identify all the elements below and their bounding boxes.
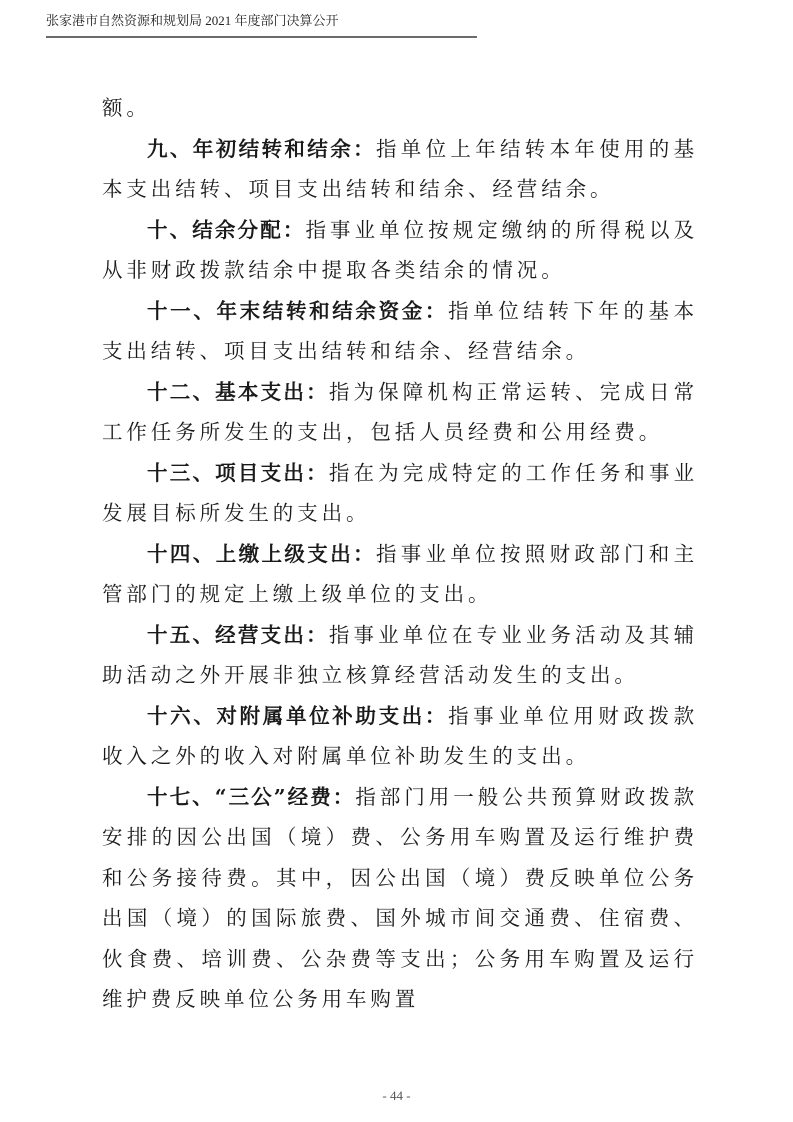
definition-term: 十四、上缴上级支出： xyxy=(147,542,376,566)
page-number: - 44 - xyxy=(0,1088,793,1104)
definition-item-14: 十四、上缴上级支出：指事业单位按照财政部门和主管部门的规定上缴上级单位的支出。 xyxy=(102,534,698,615)
definition-term: 十七、“三公”经费： xyxy=(147,785,355,809)
definition-term: 十一、年末结转和结余资金： xyxy=(147,299,448,323)
definition-item-17: 十七、“三公”经费：指部门用一般公共预算财政拨款安排的因公出国（境）费、公务用车… xyxy=(102,777,698,1020)
definition-term: 十二、基本支出： xyxy=(147,380,329,404)
definition-term: 十五、经营支出： xyxy=(147,623,329,647)
document-body: 额。 九、年初结转和结余：指单位上年结转本年使用的基本支出结转、项目支出结转和结… xyxy=(102,88,698,1020)
continuation-text: 额。 xyxy=(102,88,698,129)
definition-term: 十六、对附属单位补助支出： xyxy=(147,704,448,728)
page-header: 张家港市自然资源和规划局 2021 年度部门决算公开 xyxy=(46,10,478,29)
definition-item-11: 十一、年末结转和结余资金：指单位结转下年的基本支出结转、项目支出结转和结余、经营… xyxy=(102,291,698,372)
definition-term: 十、结余分配： xyxy=(147,218,305,242)
definition-term: 九、年初结转和结余： xyxy=(147,137,376,161)
header-divider xyxy=(46,36,477,38)
definition-term: 十三、项目支出： xyxy=(147,461,329,485)
definition-item-16: 十六、对附属单位补助支出：指事业单位用财政拨款收入之外的收入对附属单位补助发生的… xyxy=(102,696,698,777)
definition-item-12: 十二、基本支出：指为保障机构正常运转、完成日常工作任务所发生的支出，包括人员经费… xyxy=(102,372,698,453)
definition-item-10: 十、结余分配：指事业单位按规定缴纳的所得税以及从非财政拨款结余中提取各类结余的情… xyxy=(102,210,698,291)
definition-item-13: 十三、项目支出：指在为完成特定的工作任务和事业发展目标所发生的支出。 xyxy=(102,453,698,534)
header-title: 张家港市自然资源和规划局 2021 年度部门决算公开 xyxy=(46,13,339,28)
definition-item-9: 九、年初结转和结余：指单位上年结转本年使用的基本支出结转、项目支出结转和结余、经… xyxy=(102,129,698,210)
definition-text: 指部门用一般公共预算财政拨款安排的因公出国（境）费、公务用车购置及运行维护费和公… xyxy=(102,785,698,1012)
definition-item-15: 十五、经营支出：指事业单位在专业业务活动及其辅助活动之外开展非独立核算经营活动发… xyxy=(102,615,698,696)
